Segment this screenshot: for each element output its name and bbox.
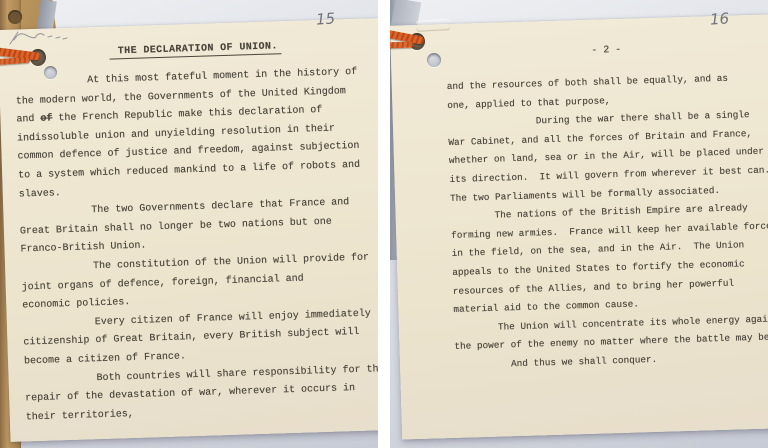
- struck-word: of: [40, 114, 52, 125]
- treasury-tag-string: [390, 41, 414, 48]
- document-page-15: THE DECLARATION OF UNION. At this most f…: [0, 18, 378, 442]
- typed-text-block: - 2 - and the resources of both shall be…: [390, 14, 768, 377]
- cardboard-punch-hole: [8, 10, 22, 24]
- punch-hole-empty: [427, 53, 441, 67]
- embossed-stamp: [416, 19, 451, 32]
- document-title: THE DECLARATION OF UNION.: [110, 41, 281, 59]
- punch-hole-empty: [44, 66, 57, 79]
- page-number-header: - 2 -: [446, 41, 767, 62]
- photo-collage: THE DECLARATION OF UNION. At this most f…: [0, 0, 768, 448]
- pencil-scribble: [8, 26, 70, 48]
- handwritten-page-number: 15: [315, 9, 335, 28]
- photo-left-page: THE DECLARATION OF UNION. At this most f…: [0, 0, 378, 448]
- typed-word: and: [16, 114, 40, 126]
- handwritten-page-number: 16: [709, 9, 729, 28]
- typed-lines: and the resources of both shall be equal…: [447, 69, 768, 376]
- typed-text-block: THE DECLARATION OF UNION. At this most f…: [0, 18, 378, 428]
- typed-lines: At this most fateful moment in the histo…: [15, 63, 378, 427]
- document-page-16: - 2 - and the resources of both shall be…: [390, 14, 768, 439]
- photo-right-page: - 2 - and the resources of both shall be…: [390, 0, 768, 448]
